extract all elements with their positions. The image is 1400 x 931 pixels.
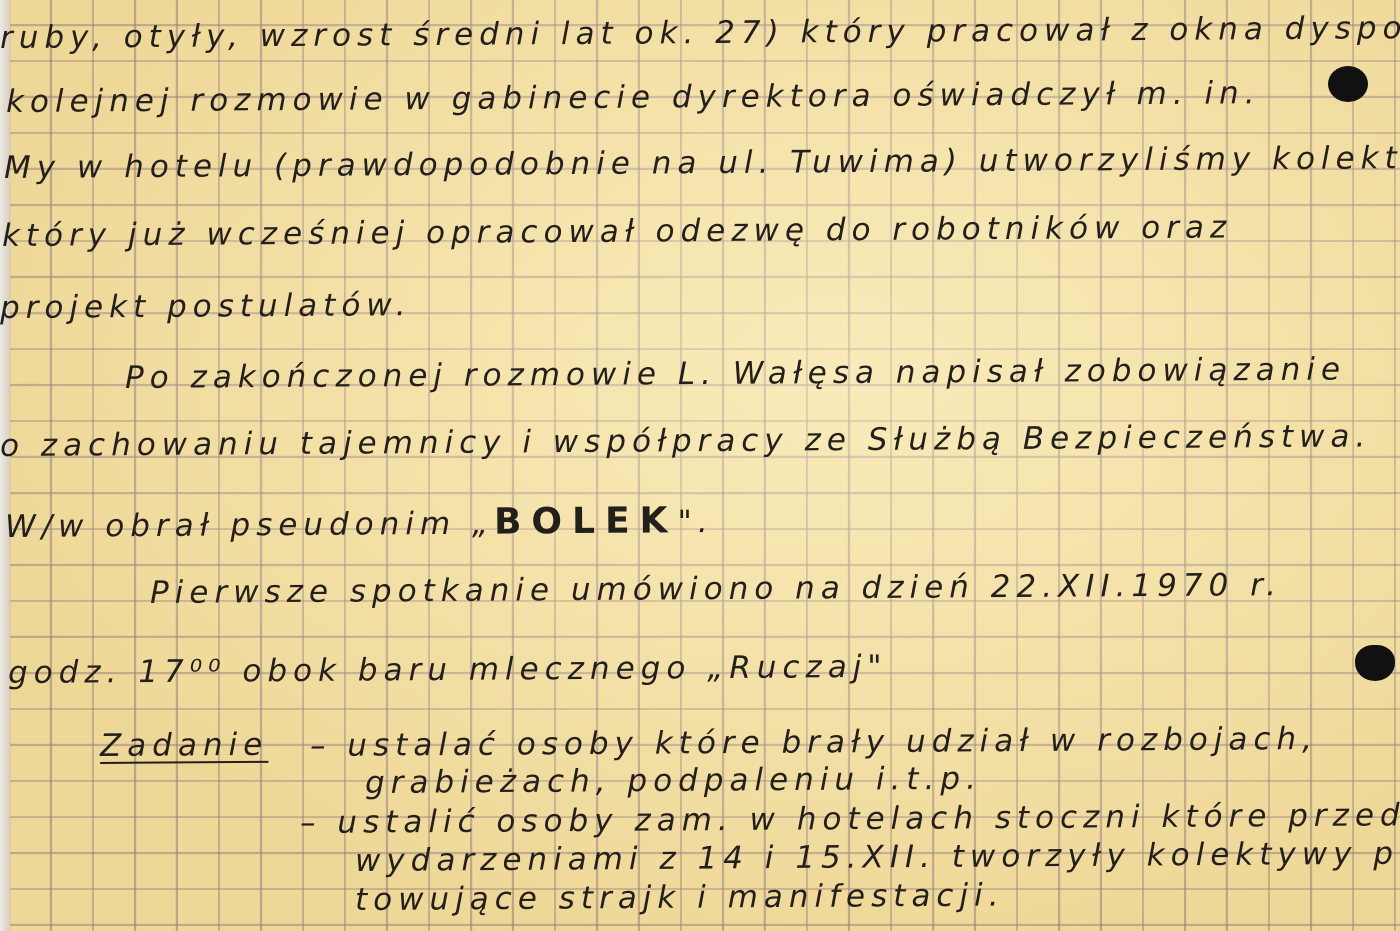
text-line-1: ruby, otyły, wzrost średni lat ok. 27) k… — [0, 9, 1400, 56]
task-1-line-1: – ustalać osoby które brały udział w roz… — [310, 721, 1318, 764]
task-2-line-1: – ustalić osoby zam. w hotelach stoczni … — [300, 797, 1400, 841]
pseudonym-intro: W/w obrał pseudonim „ — [5, 506, 494, 545]
pseudonym-close-quote: ". — [677, 504, 713, 540]
text-line-7: o zachowaniu tajemnicy i współpracy ze S… — [0, 418, 1371, 464]
paper-edge — [0, 0, 10, 931]
text-line-8: W/w obrał pseudonim „BOLEK". — [5, 500, 714, 546]
punch-hole-top — [1328, 66, 1368, 102]
text-line-10: godz. 17⁰⁰ obok baru mlecznego „Ruczaj" — [8, 649, 888, 691]
pseudonym-bolek: BOLEK — [494, 500, 678, 542]
text-line-3: My w hotelu (prawdopodobnie na ul. Tuwim… — [4, 140, 1400, 186]
text-line-6: Po zakończonej rozmowie L. Wałęsa napisa… — [125, 351, 1346, 396]
tasks-heading: Zadanie — [100, 727, 268, 764]
text-line-9: Pierwsze spotkanie umówiono na dzień 22.… — [150, 567, 1282, 611]
task-2-line-2: wydarzeniami z 14 i 15.XII. tworzyły kol… — [355, 835, 1400, 879]
task-2-line-3: towujące strajk i manifestacji. — [355, 877, 1005, 918]
text-line-2: kolejnej rozmowie w gabinecie dyrektora … — [6, 75, 1261, 120]
text-line-4: który już wcześniej opracował odezwę do … — [2, 209, 1232, 254]
handwritten-document-page: ruby, otyły, wzrost średni lat ok. 27) k… — [0, 0, 1400, 931]
task-1-line-2: grabieżach, podpaleniu i.t.p. — [365, 761, 982, 801]
punch-hole-bottom — [1355, 645, 1395, 681]
text-line-5: projekt postulatów. — [0, 287, 412, 326]
